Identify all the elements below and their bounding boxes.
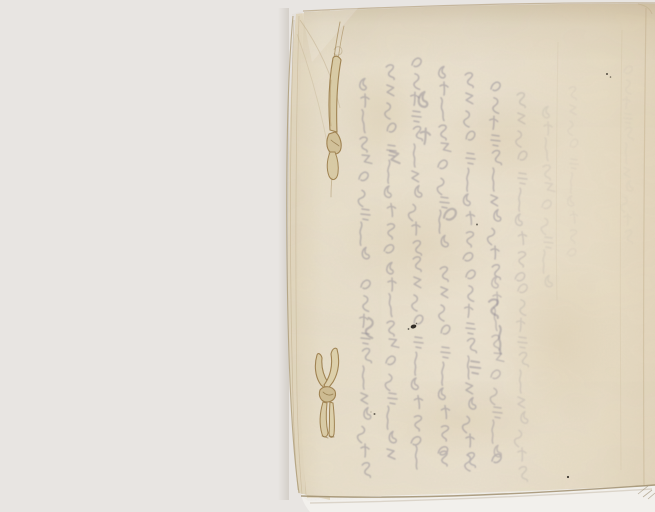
manuscript-photo bbox=[0, 0, 655, 512]
photograph bbox=[0, 0, 655, 512]
paper-blotch-texture bbox=[284, 0, 655, 512]
booklet bbox=[284, 0, 655, 512]
